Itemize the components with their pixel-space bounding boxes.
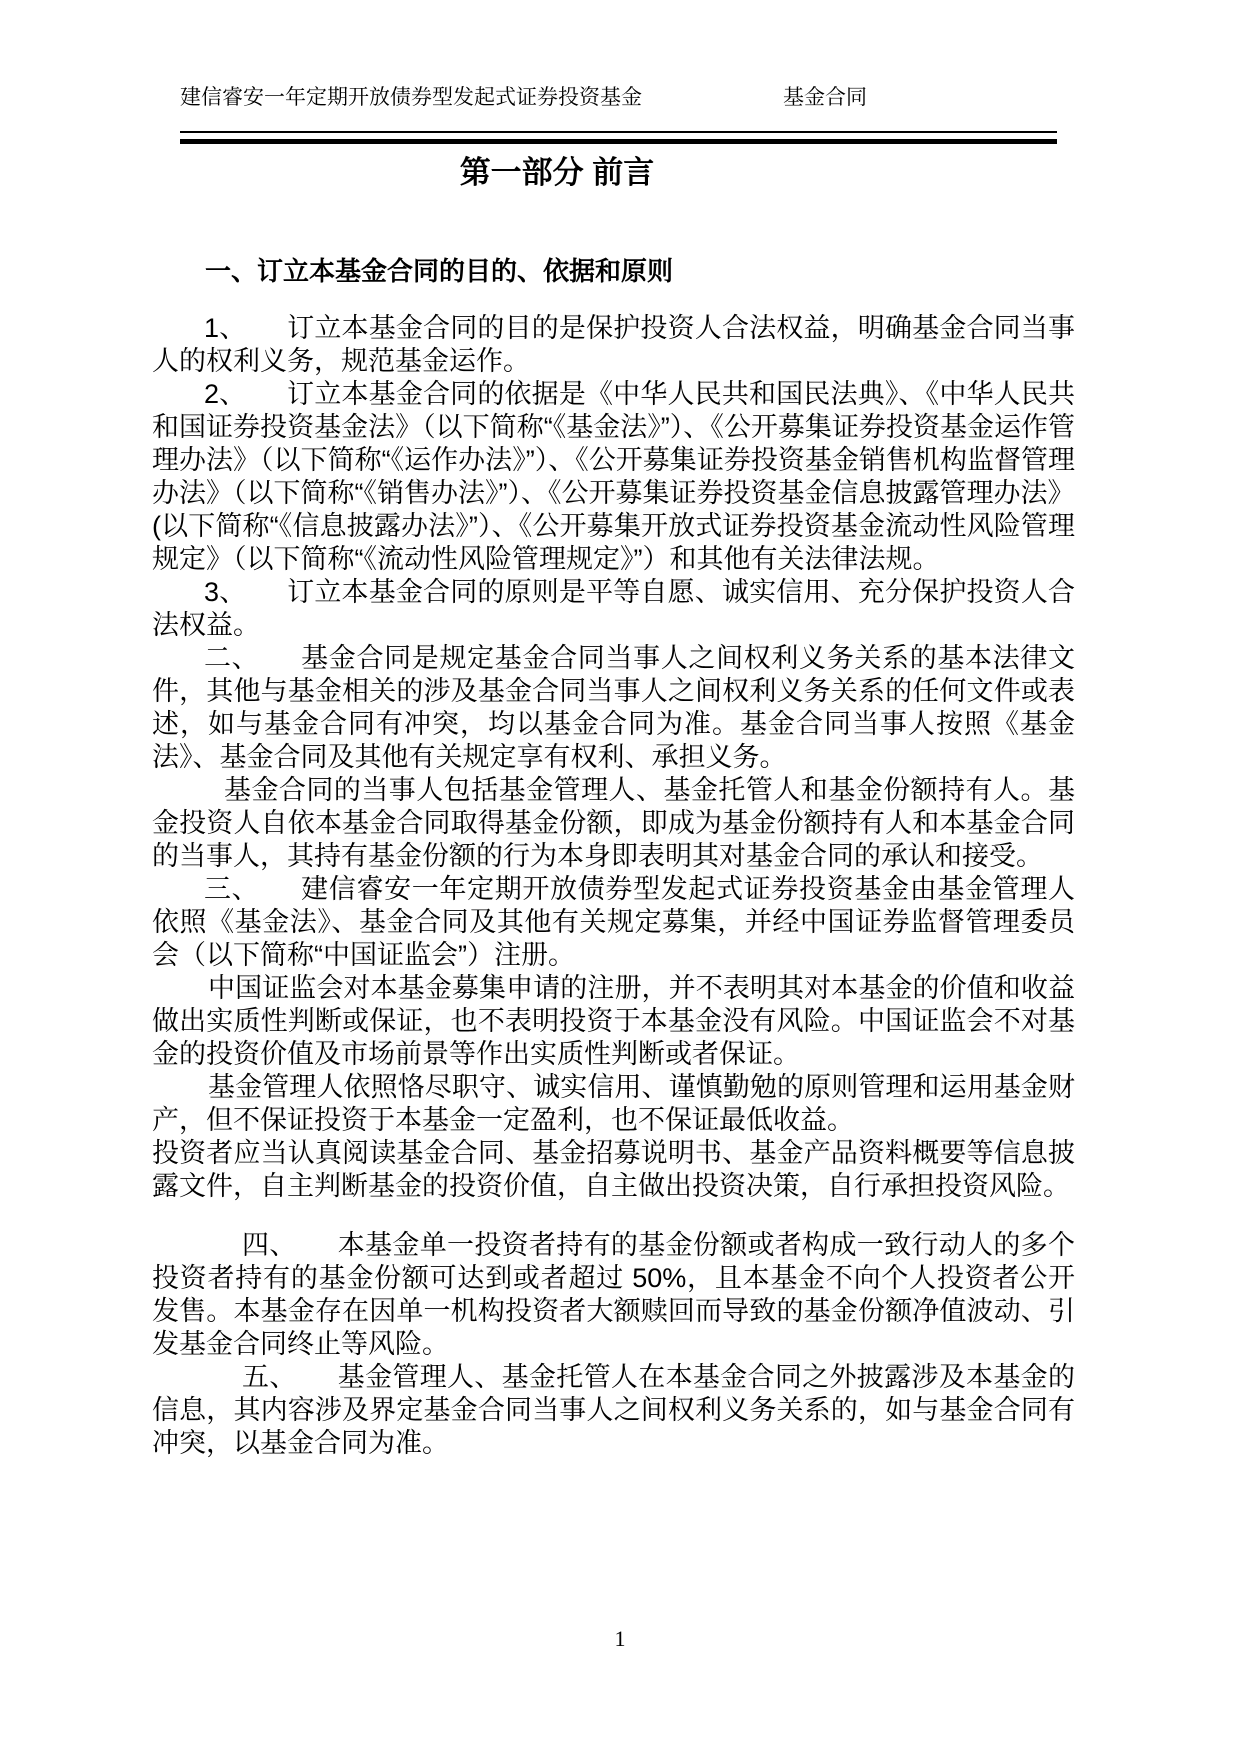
paragraph-4: 3、 订立本基金合同的原则是平等自愿、诚实信用、充分保护投资人合法权益。 xyxy=(152,576,1075,642)
header-fund-name: 建信睿安一年定期开放债券型发起式证券投资基金 xyxy=(180,86,642,109)
paragraph-9: 基金管理人依照恪尽职守、诚实信用、谨慎勤勉的原则管理和运用基金财产，但不保证投资… xyxy=(152,1071,1075,1137)
paragraph-11: 四、 本基金单一投资者持有的基金份额或者构成一致行动人的多个投资者持有的基金份额… xyxy=(152,1229,1075,1361)
paragraph-5: 二、 基金合同是规定基金合同当事人之间权利义务关系的基本法律文件，其他与基金相关… xyxy=(152,642,1075,774)
paragraph-10: 投资者应当认真阅读基金合同、基金招募说明书、基金产品资料概要等信息披露文件，自主… xyxy=(152,1137,1075,1203)
paragraph-8: 中国证监会对本基金募集申请的注册，并不表明其对本基金的价值和收益做出实质性判断或… xyxy=(152,972,1075,1071)
paragraph-6: 基金合同的当事人包括基金管理人、基金托管人和基金份额持有人。基金投资人自依本基金… xyxy=(152,774,1075,873)
paragraph-1: 1、 订立本基金合同的目的是保护投资人合法权益，明确基金合同当事人的权利义务，规… xyxy=(152,312,1075,378)
contract-document-page: 建信睿安一年定期开放债券型发起式证券投资基金 基金合同 第一部分 前言 一、订立… xyxy=(0,0,1240,1754)
page-header: 建信睿安一年定期开放债券型发起式证券投资基金 基金合同 xyxy=(180,86,1057,112)
header-rule-thin xyxy=(180,131,1057,133)
section-heading: 一、订立本基金合同的目的、依据和原则 xyxy=(205,255,1075,288)
document-body: 一、订立本基金合同的目的、依据和原则 1、 订立本基金合同的目的是保护投资人合法… xyxy=(152,255,1075,1460)
paragraph-2: 2、 订立本基金合同的依据是《中华人民共和国民法典》、《中华人民共和国证券投资基… xyxy=(152,378,1075,510)
header-rule-thick xyxy=(180,139,1057,144)
paragraph-3: (以下简称“《信息披露办法》”）、《公开募集开放式证券投资基金流动性风险管理规定… xyxy=(152,510,1075,576)
paragraph-7: 三、 建信睿安一年定期开放债券型发起式证券投资基金由基金管理人依照《基金法》、基… xyxy=(152,873,1075,972)
document-title: 第一部分 前言 xyxy=(152,152,962,194)
paragraph-12: 五、 基金管理人、基金托管人在本基金合同之外披露涉及本基金的信息，其内容涉及界定… xyxy=(152,1361,1075,1460)
header-doc-label: 基金合同 xyxy=(783,86,867,110)
page-number: 1 xyxy=(0,1626,1240,1652)
